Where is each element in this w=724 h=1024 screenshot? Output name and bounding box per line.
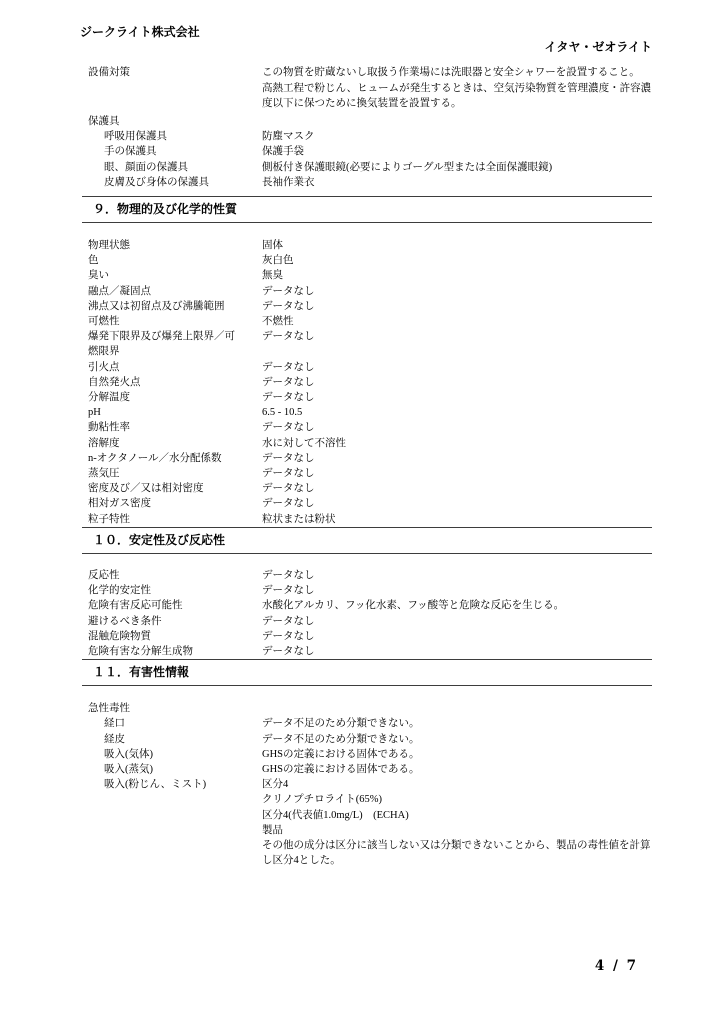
row-autoignition-temperature: 自然発火点 データなし: [88, 375, 652, 390]
row-kinematic-viscosity: 動粘性率 データなし: [88, 420, 652, 435]
property-value: データなし: [262, 329, 315, 344]
row-flammability: 可燃性 不燃性: [88, 314, 652, 329]
property-value: 6.5 - 10.5: [262, 405, 302, 420]
property-label: 経口: [88, 716, 262, 731]
row-reactivity: 反応性 データなし: [88, 568, 652, 583]
property-label: 危険有害反応可能性: [88, 598, 262, 613]
property-label: 化学的安定性: [88, 583, 262, 598]
property-label: 設備対策: [88, 65, 262, 80]
property-label: 保護具: [88, 114, 262, 129]
row-flash-point: 引火点 データなし: [88, 360, 652, 375]
property-value: データなし: [262, 420, 315, 435]
row-particle-characteristics: 粒子特性 粒状または粉状: [88, 512, 652, 527]
row-respiratory-protection: 呼吸用保護具 防塵マスク: [88, 129, 652, 144]
row-partition-coefficient: n-オクタノール／水分配係数 データなし: [88, 451, 652, 466]
property-value: データ不足のため分類できない。: [262, 716, 420, 731]
row-inhalation-gas: 吸入(気体) GHSの定義における固体である。: [88, 747, 652, 762]
property-value: データなし: [262, 568, 315, 583]
property-value: データなし: [262, 481, 315, 496]
row-eye-face-protection: 眼、顔面の保護具 側板付き保護眼鏡(必要によりゴーグル型または全面保護眼鏡): [88, 160, 652, 175]
property-value: 側板付き保護眼鏡(必要によりゴーグル型または全面保護眼鏡): [262, 160, 552, 175]
property-value: 不燃性: [262, 314, 294, 329]
property-value: データなし: [262, 390, 315, 405]
row-melting-point: 融点／凝固点 データなし: [88, 284, 652, 299]
property-value: GHSの定義における固体である。: [262, 747, 420, 762]
property-value: この物質を貯蔵ないし取扱う作業場には洗眼器と安全シャワーを設置すること。 高熱工…: [262, 65, 651, 111]
row-conditions-to-avoid: 避けるべき条件 データなし: [88, 614, 652, 629]
row-decomposition-temperature: 分解温度 データなし: [88, 390, 652, 405]
property-label: 眼、顔面の保護具: [88, 160, 262, 175]
property-value: データなし: [262, 614, 315, 629]
property-value: 粒状または粉状: [262, 512, 336, 527]
row-incompatible-materials: 混触危険物質 データなし: [88, 629, 652, 644]
property-label: 避けるべき条件: [88, 614, 262, 629]
property-value: データなし: [262, 466, 315, 481]
page-number: 4 / 7: [595, 958, 638, 974]
property-label: 可燃性: [88, 314, 262, 329]
property-label: 吸入(気体): [88, 747, 262, 762]
sds-document-page: ジークライト株式会社 イタヤ・ゼオライト 設備対策 この物質を貯蔵ないし取扱う作…: [0, 0, 724, 1024]
row-solubility: 溶解度 水に対して不溶性: [88, 436, 652, 451]
property-label: pH: [88, 405, 262, 420]
row-skin-body-protection: 皮膚及び身体の保護具 長袖作業衣: [88, 175, 652, 190]
toxicological-information-block: 急性毒性 経口 データ不足のため分類できない。 経皮 データ不足のため分類できな…: [88, 701, 652, 868]
row-vapor-pressure: 蒸気圧 データなし: [88, 466, 652, 481]
property-label: 爆発下限界及び爆発上限界／可 燃限界: [88, 329, 262, 359]
physical-chemical-properties-block: 物理状態 固体 色 灰白色 臭い 無臭 融点／凝固点 データなし 沸点又は初留点…: [88, 238, 652, 527]
property-label: 危険有害な分解生成物: [88, 644, 262, 659]
property-value: 灰白色: [262, 253, 294, 268]
row-explosion-limits: 爆発下限界及び爆発上限界／可 燃限界 データなし: [88, 329, 652, 359]
property-value: 防塵マスク: [262, 129, 315, 144]
row-hazardous-reactions: 危険有害反応可能性 水酸化アルカリ、フッ化水素、フッ酸等と危険な反応を生じる。: [88, 598, 652, 613]
row-protective-equipment: 保護具: [88, 114, 652, 129]
property-label: 反応性: [88, 568, 262, 583]
property-value: 長袖作業衣: [262, 175, 315, 190]
row-chemical-stability: 化学的安定性 データなし: [88, 583, 652, 598]
property-value: データなし: [262, 583, 315, 598]
row-acute-oral: 経口 データ不足のため分類できない。: [88, 716, 652, 731]
property-value: GHSの定義における固体である。: [262, 762, 420, 777]
product-name: イタヤ・ゼオライト: [88, 40, 652, 55]
section-9-header: ９．物理的及び化学的性質: [82, 196, 652, 223]
property-label: 色: [88, 253, 262, 268]
section-10-header: １０．安定性及び反応性: [82, 527, 652, 554]
row-color: 色 灰白色: [88, 253, 652, 268]
company-name: ジークライト株式会社: [80, 25, 652, 40]
property-label: 相対ガス密度: [88, 496, 262, 511]
property-label: 吸入(蒸気): [88, 762, 262, 777]
row-hazardous-decomposition-products: 危険有害な分解生成物 データなし: [88, 644, 652, 659]
property-value: データなし: [262, 284, 315, 299]
property-label: 自然発火点: [88, 375, 262, 390]
property-label: 臭い: [88, 268, 262, 283]
property-value: データなし: [262, 629, 315, 644]
property-label: 手の保護具: [88, 144, 262, 159]
property-value: 水酸化アルカリ、フッ化水素、フッ酸等と危険な反応を生じる。: [262, 598, 564, 613]
row-ph: pH 6.5 - 10.5: [88, 405, 652, 420]
property-label: 密度及び／又は相対密度: [88, 481, 262, 496]
property-label: n-オクタノール／水分配係数: [88, 451, 262, 466]
property-value: データなし: [262, 299, 315, 314]
property-value: データなし: [262, 451, 315, 466]
row-density: 密度及び／又は相対密度 データなし: [88, 481, 652, 496]
property-label: 引火点: [88, 360, 262, 375]
stability-reactivity-block: 反応性 データなし 化学的安定性 データなし 危険有害反応可能性 水酸化アルカリ…: [88, 568, 652, 659]
property-value: データなし: [262, 644, 315, 659]
property-value: 区分4 クリノプチロライト(65%) 区分4(代表値1.0mg/L) (ECHA…: [262, 777, 651, 868]
row-equipment-measures: 設備対策 この物質を貯蔵ないし取扱う作業場には洗眼器と安全シャワーを設置すること…: [88, 65, 652, 111]
row-inhalation-vapor: 吸入(蒸気) GHSの定義における固体である。: [88, 762, 652, 777]
row-acute-toxicity: 急性毒性: [88, 701, 652, 716]
section-11-header: １１．有害性情報: [82, 659, 652, 686]
row-hand-protection: 手の保護具 保護手袋: [88, 144, 652, 159]
property-label: 分解温度: [88, 390, 262, 405]
row-odor: 臭い 無臭: [88, 268, 652, 283]
property-value: データなし: [262, 375, 315, 390]
property-label: 吸入(粉じん、ミスト): [88, 777, 262, 792]
property-value: データ不足のため分類できない。: [262, 732, 420, 747]
row-boiling-point: 沸点又は初留点及び沸騰範囲 データなし: [88, 299, 652, 314]
property-label: 物理状態: [88, 238, 262, 253]
property-label: 動粘性率: [88, 420, 262, 435]
property-label: 呼吸用保護具: [88, 129, 262, 144]
property-value: データなし: [262, 496, 315, 511]
document-content: ジークライト株式会社 イタヤ・ゼオライト 設備対策 この物質を貯蔵ないし取扱う作…: [88, 25, 652, 868]
property-label: 混触危険物質: [88, 629, 262, 644]
property-value: データなし: [262, 360, 315, 375]
row-relative-gas-density: 相対ガス密度 データなし: [88, 496, 652, 511]
property-label: 融点／凝固点: [88, 284, 262, 299]
row-physical-state: 物理状態 固体: [88, 238, 652, 253]
property-label: 急性毒性: [88, 701, 262, 716]
exposure-controls-block: 設備対策 この物質を貯蔵ないし取扱う作業場には洗眼器と安全シャワーを設置すること…: [88, 65, 652, 190]
property-label: 経皮: [88, 732, 262, 747]
property-label: 粒子特性: [88, 512, 262, 527]
property-value: 保護手袋: [262, 144, 304, 159]
property-label: 皮膚及び身体の保護具: [88, 175, 262, 190]
property-value: 無臭: [262, 268, 283, 283]
row-inhalation-dust-mist: 吸入(粉じん、ミスト) 区分4 クリノプチロライト(65%) 区分4(代表値1.…: [88, 777, 652, 868]
row-acute-dermal: 経皮 データ不足のため分類できない。: [88, 732, 652, 747]
property-label: 蒸気圧: [88, 466, 262, 481]
property-value: 固体: [262, 238, 283, 253]
property-label: 沸点又は初留点及び沸騰範囲: [88, 299, 262, 314]
property-value: 水に対して不溶性: [262, 436, 346, 451]
property-label: 溶解度: [88, 436, 262, 451]
